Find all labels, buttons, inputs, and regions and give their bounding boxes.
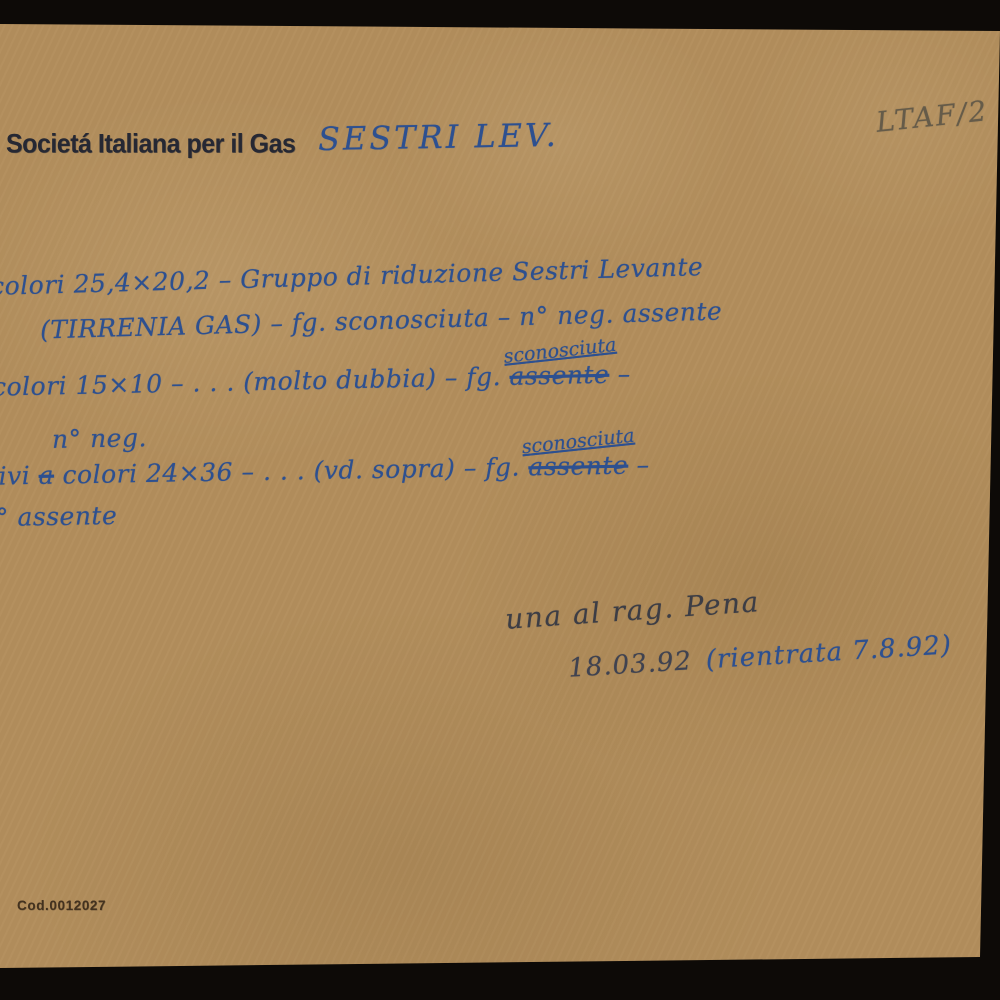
pencil-recipient-note: una al rag. Pena [504, 585, 761, 636]
note-line-6: ° assente [0, 501, 117, 532]
sent-date: 18.03.92 [567, 646, 692, 684]
note-line-5: tivi a colori 24×36 – . . . (vd. sopra) … [0, 450, 650, 491]
handwritten-location-title: SESTRI LEV. [318, 116, 559, 158]
note-line-3: colori 15×10 – . . . (molto dubbia) – fg… [0, 359, 631, 401]
struck-letter: a [38, 461, 54, 490]
printed-stock-code: Cod.0012027 [17, 898, 106, 913]
note-line-4: n° neg. [52, 423, 147, 454]
scanner-background: Societá Italiana per il Gas SESTRI LEV. … [0, 0, 1000, 1000]
pencil-archive-code: LTAF/2 [875, 94, 990, 139]
kraft-envelope: Societá Italiana per il Gas SESTRI LEV. … [0, 0, 1000, 1000]
note-line-3-text: colori 15×10 – . . . (molto dubbia) – fg… [0, 362, 510, 402]
correction-group: assentesconosciuta [509, 360, 609, 391]
note-line-5-tail: – [628, 450, 650, 479]
note-line-1: colori 25,4×20,2 – Gruppo di riduzione S… [0, 252, 704, 301]
note-line-3-tail: – [609, 359, 631, 388]
note-line-2: (TIRRENIA GAS) – fg. sconosciuta – n° ne… [40, 296, 723, 344]
returned-date: (rientrata 7.8.92) [705, 630, 953, 675]
date-annotation: 18.03.92(rientrata 7.8.92) [567, 630, 952, 683]
printed-company-header: Societá Italiana per il Gas [6, 129, 295, 160]
note-line-5-text: tivi [0, 461, 39, 491]
correction-group: assentesconosciuta [528, 451, 628, 482]
note-line-5-mid: colori 24×36 – . . . (vd. sopra) – fg. [54, 452, 529, 489]
